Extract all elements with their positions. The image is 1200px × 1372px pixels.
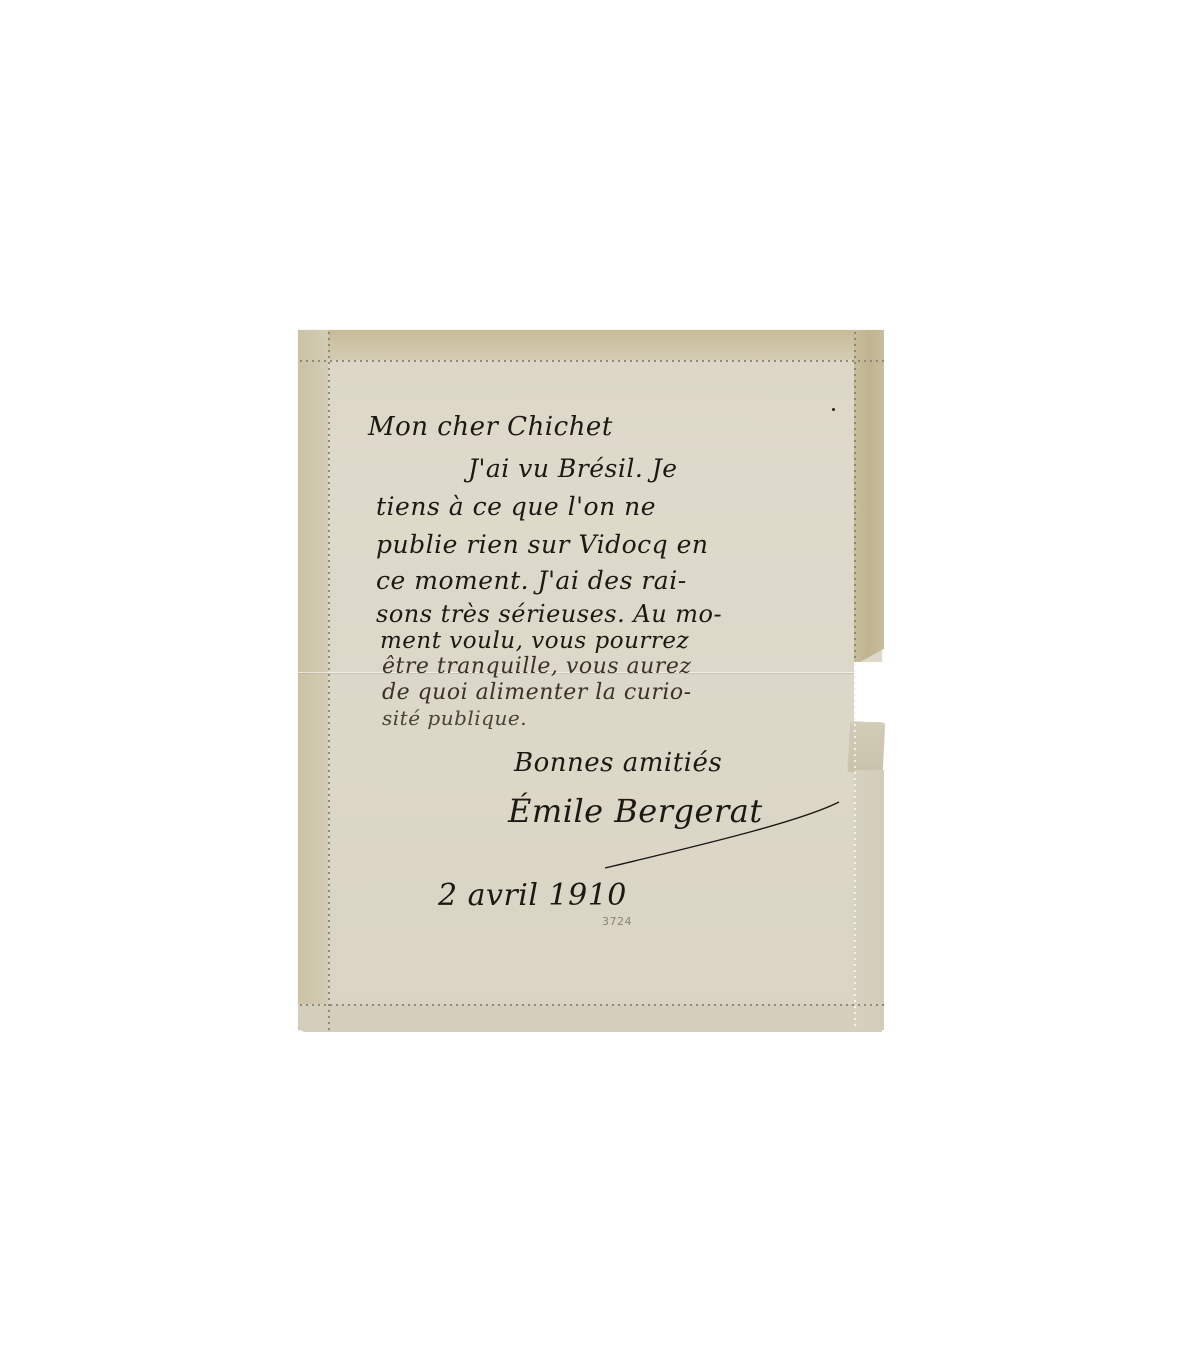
- salutation: Mon cher Chichet: [368, 412, 613, 442]
- perforation-top: [298, 360, 884, 362]
- perforation-bottom: [298, 1004, 884, 1006]
- perforation-left: [328, 330, 330, 1030]
- body-line: sité publique.: [382, 706, 527, 730]
- body-line: ce moment. J'ai des rai-: [376, 566, 687, 595]
- letter-card: Mon cher Chichet J'ai vu Brésil. Je tien…: [298, 330, 884, 1032]
- archive-number: 3724: [602, 915, 632, 928]
- body-line: de quoi alimenter la curio-: [382, 680, 692, 705]
- signature-flourish-icon: [603, 800, 843, 870]
- perforation-right-upper: [854, 330, 856, 662]
- stained-top-margin: [298, 330, 882, 360]
- body-line: J'ai vu Brésil. Je: [468, 454, 678, 483]
- torn-gap: [854, 662, 884, 722]
- body-line: être tranquille, vous aurez: [382, 654, 691, 679]
- perforation-right-lower: [854, 662, 856, 1030]
- body-line: sons très sérieuses. Au mo-: [376, 600, 722, 628]
- body-line: ment voulu, vous pourrez: [380, 628, 689, 654]
- right-flap-top: [854, 330, 884, 662]
- bottom-margin: [298, 1004, 882, 1032]
- stained-left-margin: [298, 330, 328, 1030]
- ink-spot: [832, 408, 835, 411]
- date: 2 avril 1910: [438, 878, 627, 913]
- body-line: publie rien sur Vidocq en: [376, 530, 708, 559]
- body-line: tiens à ce que l'on ne: [376, 492, 656, 521]
- right-flap-bottom: [854, 770, 884, 1030]
- closing: Bonnes amitiés: [514, 748, 722, 778]
